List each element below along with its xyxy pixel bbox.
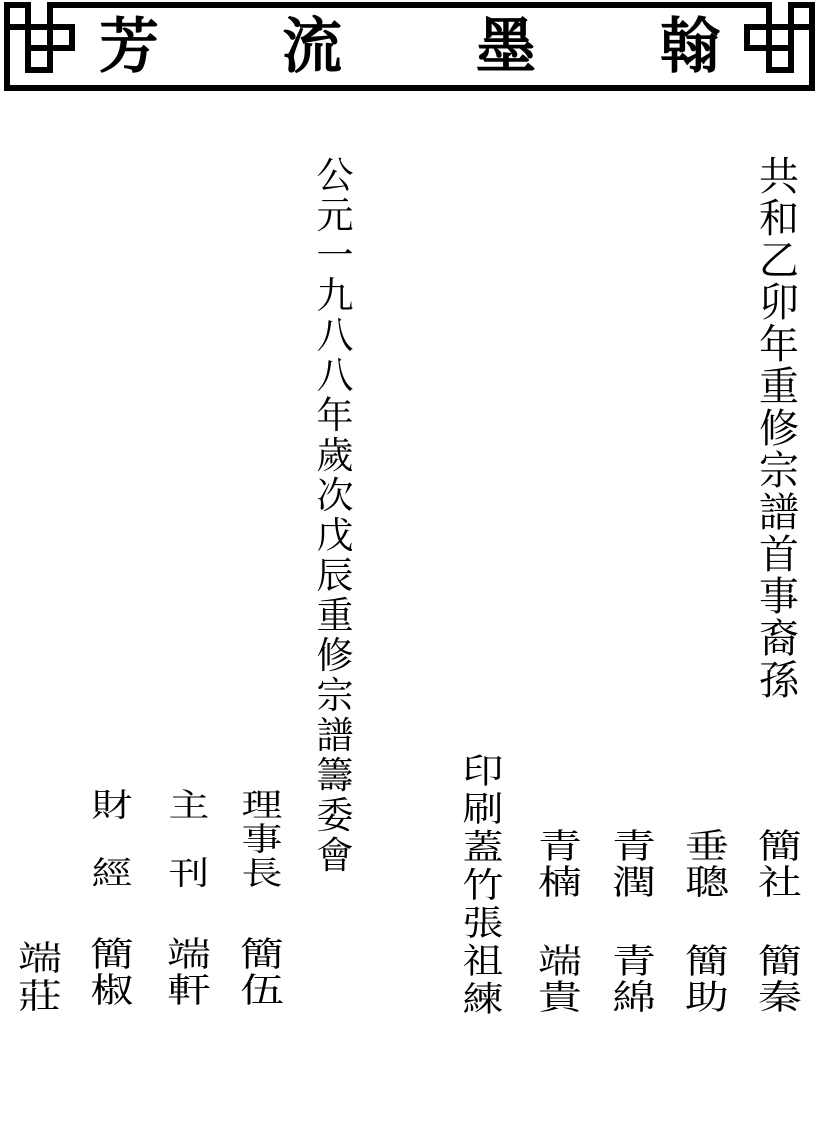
committee-name: 簡伍 [238,937,286,1009]
glyph-char: 端 [16,944,64,974]
glyph-char: 簡 [238,941,286,969]
glyph-char: 一 [311,236,359,276]
committee-role: 財經 [88,788,136,890]
glyph-char: 垂 [683,833,731,861]
glyph-char: 青 [536,833,584,861]
glyph-char: 綿 [610,984,658,1012]
descendant-name: 青楠 [536,829,584,901]
glyph-char: 和 [755,198,803,240]
glyph-char: 刊 [169,860,210,887]
glyph-char: 青 [610,833,658,861]
glyph-char: 事 [755,576,803,618]
glyph-char: 簡 [756,948,804,976]
glyph-char: 簡 [683,948,731,976]
fret-knot-right-icon [747,5,812,70]
glyph-char: 張 [463,907,504,939]
heading-center-column: 公元一九八八年歲次戊辰重修宗譜籌委會 [311,156,359,876]
glyph-char: 宗 [311,676,359,716]
glyph-char: 共 [755,156,803,198]
glyph-char: 譜 [311,716,359,756]
glyph-char: 理 [242,792,283,819]
glyph-char: 乙 [755,240,803,282]
glyph-char: 事 [242,826,283,853]
glyph-char: 裔 [755,618,803,660]
glyph-char: 長 [242,860,283,887]
descendant-name: 端貴 [536,944,584,1016]
glyph-char: 聰 [683,869,731,897]
glyph-char: 端 [536,948,584,976]
glyph-char: 重 [755,366,803,408]
glyph-char: 青 [610,948,658,976]
descendant-name: 青潤 [610,829,658,901]
glyph-char: 蓋 [463,831,504,863]
genealogy-page: 芳 流 墨 翰 共和乙卯年重修宗譜首事裔孫 公元一九八八年歲次戊辰重修宗譜籌委會… [0,0,819,1147]
glyph-char: 年 [755,324,803,366]
glyph-char: 印 [463,755,504,787]
banner: 芳 流 墨 翰 [0,0,819,110]
descendant-name: 簡助 [683,944,731,1016]
glyph-char: 椒 [88,977,136,1005]
descendant-name: 簡秦 [756,944,804,1016]
committee-name: 端莊 [16,940,64,1016]
glyph-char: 端 [165,941,213,969]
glyph-char: 八 [311,356,359,396]
glyph-char: 祖 [463,945,504,977]
glyph-char: 重 [311,596,359,636]
committee-name: 端軒 [165,937,213,1009]
glyph-char: 秦 [756,984,804,1012]
heading-right-column: 共和乙卯年重修宗譜首事裔孫 [755,156,803,702]
banner-title-char: 芳 [99,12,159,82]
committee-name: 簡椒 [88,937,136,1009]
glyph-char: 譜 [755,492,803,534]
glyph-char: 首 [755,534,803,576]
glyph-char: 練 [463,983,504,1015]
glyph-char: 辰 [311,556,359,596]
glyph-char: 經 [92,860,133,887]
glyph-char: 年 [311,396,359,436]
printer-note-column: 印刷蓋竹張祖練 [459,752,507,1018]
glyph-char: 潤 [610,869,658,897]
glyph-char: 社 [756,869,804,897]
glyph-char: 助 [683,984,731,1012]
glyph-char: 公 [311,156,359,196]
glyph-char: 簡 [88,941,136,969]
glyph-char: 歲 [311,436,359,476]
glyph-char: 莊 [16,982,64,1012]
glyph-char: 竹 [463,869,504,901]
glyph-char: 會 [311,836,359,876]
glyph-char: 修 [311,636,359,676]
glyph-char: 貴 [536,984,584,1012]
glyph-char: 宗 [755,450,803,492]
descendant-name: 青綿 [610,944,658,1016]
glyph-char: 財 [92,792,133,819]
glyph-char: 卯 [755,282,803,324]
banner-title-char: 翰 [660,12,720,82]
glyph-char: 主 [169,792,210,819]
glyph-char: 元 [311,196,359,236]
glyph-char: 委 [311,796,359,836]
glyph-char: 刷 [463,793,504,825]
committee-role: 理事長 [238,788,286,890]
glyph-char: 修 [755,408,803,450]
banner-title-char: 流 [282,12,342,82]
glyph-char: 孫 [755,660,803,702]
glyph-char: 八 [311,316,359,356]
glyph-char: 次 [311,476,359,516]
glyph-char: 簡 [756,833,804,861]
glyph-char: 楠 [536,869,584,897]
fret-knot-left-icon [7,5,72,70]
glyph-char: 籌 [311,756,359,796]
glyph-char: 軒 [165,977,213,1005]
glyph-char: 伍 [238,977,286,1005]
banner-title-char: 墨 [476,12,536,82]
descendant-name: 垂聰 [683,829,731,901]
glyph-char: 九 [311,276,359,316]
glyph-char: 戊 [311,516,359,556]
descendant-name: 簡社 [756,829,804,901]
committee-role: 主刊 [165,788,213,890]
